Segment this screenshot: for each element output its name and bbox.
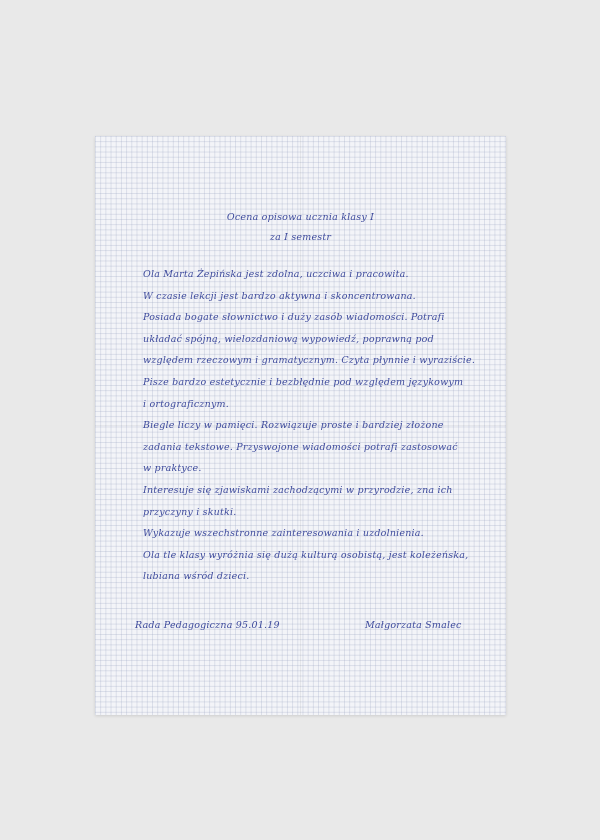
body-line: i ortograficznym. xyxy=(143,394,468,416)
document-title: Ocena opisowa ucznia klasy I za I semest… xyxy=(95,208,506,248)
title-line-1: Ocena opisowa ucznia klasy I xyxy=(95,208,506,228)
body-line: układać spójną, wielozdaniową wypowiedź,… xyxy=(143,329,468,351)
body-line: Wykazuje wszechstronne zainteresowania i… xyxy=(143,523,468,545)
body-line: względem rzeczowym i gramatycznym. Czyta… xyxy=(143,350,468,372)
body-line: Ola tle klasy wyróżnia się dużą kulturą … xyxy=(143,545,468,567)
body-line: zadania tekstowe. Przyswojone wiadomości… xyxy=(143,437,468,459)
grid-paper-sheet: Ocena opisowa ucznia klasy I za I semest… xyxy=(95,136,506,715)
body-line: Interesuje się zjawiskami zachodzącymi w… xyxy=(143,480,468,502)
council-date: Rada Pedagogiczna 95.01.19 xyxy=(135,620,280,631)
body-line: Posiada bogate słownictwo i duży zasób w… xyxy=(143,307,468,329)
body-line: w praktyce. xyxy=(143,458,468,480)
title-line-2: za I semestr xyxy=(95,228,506,248)
teacher-signature: Małgorzata Smalec xyxy=(365,620,462,631)
body-line: Ola Marta Żepińska jest zdolna, uczciwa … xyxy=(143,264,468,286)
body-line: przyczyny i skutki. xyxy=(143,502,468,524)
assessment-body: Ola Marta Żepińska jest zdolna, uczciwa … xyxy=(143,264,468,588)
body-line: Biegle liczy w pamięci. Rozwiązuje prost… xyxy=(143,415,468,437)
body-line: W czasie lekcji jest bardzo aktywna i sk… xyxy=(143,286,468,308)
body-line: lubiana wśród dzieci. xyxy=(143,566,468,588)
body-line: Pisze bardzo estetycznie i bezbłędnie po… xyxy=(143,372,468,394)
